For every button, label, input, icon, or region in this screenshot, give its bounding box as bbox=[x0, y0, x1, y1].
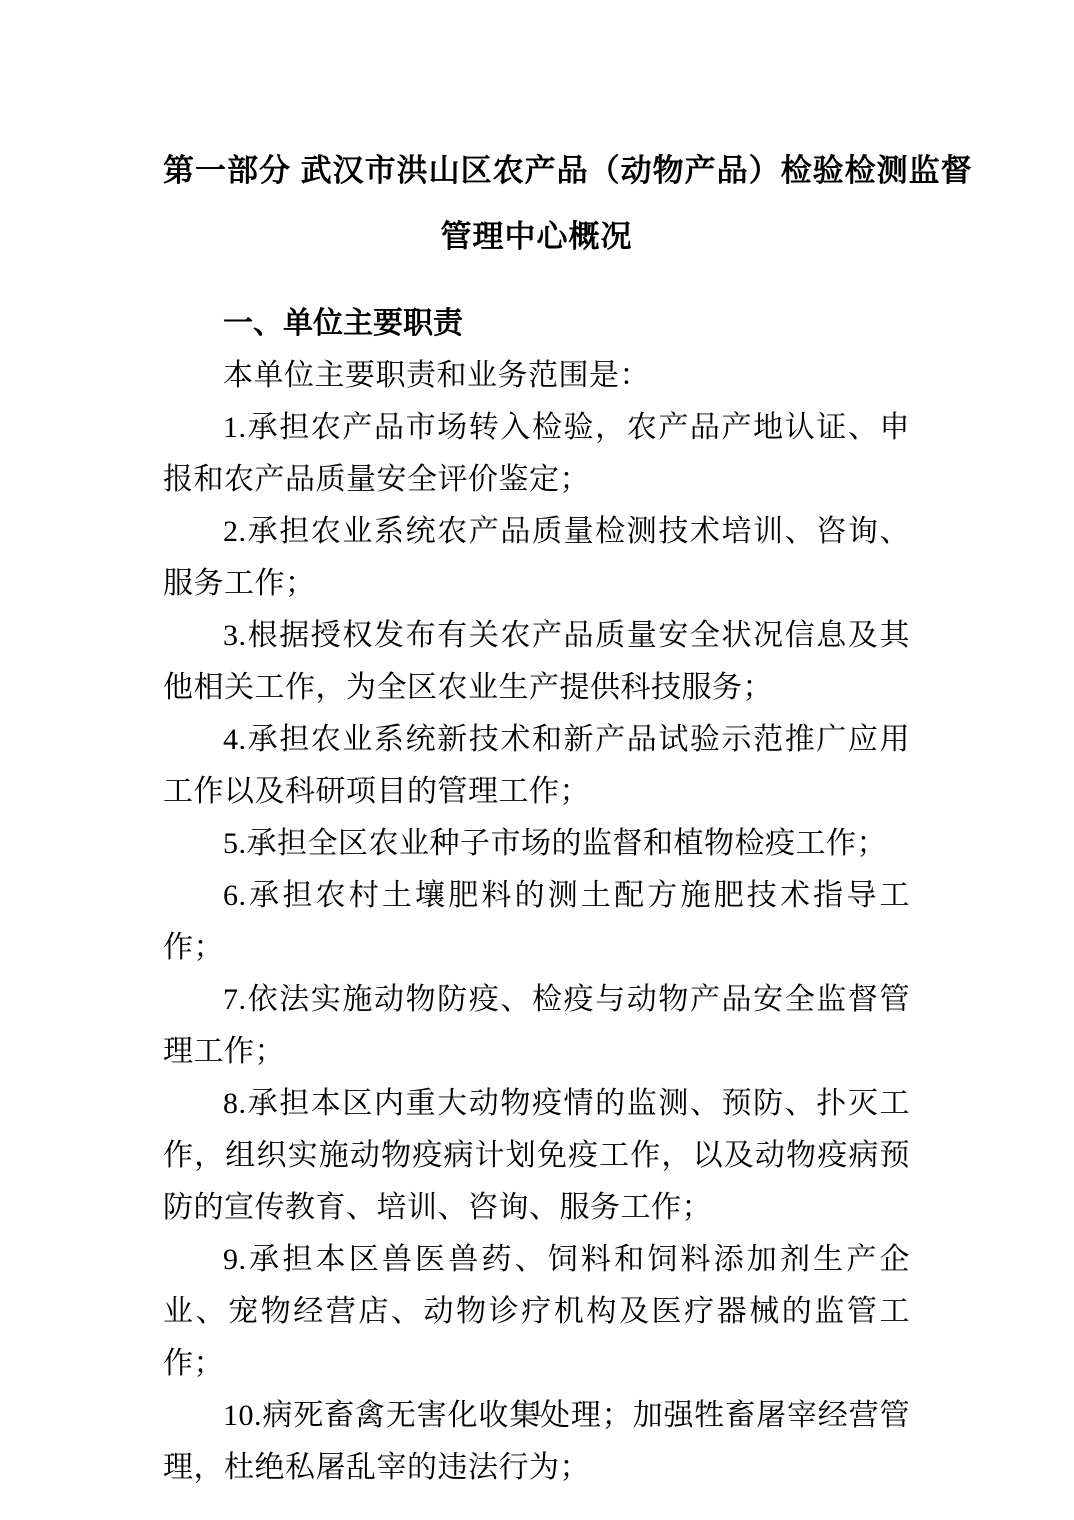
page-number: 1 bbox=[0, 1396, 1074, 1422]
title-line-2: 管理中心概况 bbox=[163, 204, 910, 270]
document-title: 第一部分 武汉市洪山区农产品（动物产品）检验检测监督 管理中心概况 bbox=[163, 138, 910, 270]
duty-item-3: 3.根据授权发布有关农产品质量安全状况信息及其他相关工作，为全区农业生产提供科技… bbox=[163, 610, 910, 714]
duty-item-5: 5.承担全区农业种子市场的监督和植物检疫工作； bbox=[163, 818, 910, 870]
duty-item-4: 4.承担农业系统新技术和新产品试验示范推广应用工作以及科研项目的管理工作； bbox=[163, 714, 910, 818]
intro-paragraph: 本单位主要职责和业务范围是： bbox=[163, 350, 910, 402]
duty-item-1: 1.承担农产品市场转入检验，农产品产地认证、申报和农产品质量安全评价鉴定； bbox=[163, 402, 910, 506]
document-page: 第一部分 武汉市洪山区农产品（动物产品）检验检测监督 管理中心概况 一、单位主要… bbox=[0, 0, 1074, 1520]
duty-item-8: 8.承担本区内重大动物疫情的监测、预防、扑灭工作，组织实施动物疫病计划免疫工作，… bbox=[163, 1078, 910, 1234]
duty-item-6: 6.承担农村土壤肥料的测土配方施肥技术指导工作； bbox=[163, 870, 910, 974]
section-heading: 一、单位主要职责 bbox=[163, 298, 910, 350]
duty-item-9: 9.承担本区兽医兽药、饲料和饲料添加剂生产企业、宠物经营店、动物诊疗机构及医疗器… bbox=[163, 1234, 910, 1390]
duty-item-2: 2.承担农业系统农产品质量检测技术培训、咨询、服务工作； bbox=[163, 506, 910, 610]
duty-item-7: 7.依法实施动物防疫、检疫与动物产品安全监督管理工作； bbox=[163, 974, 910, 1078]
title-line-1: 第一部分 武汉市洪山区农产品（动物产品）检验检测监督 bbox=[163, 138, 910, 204]
